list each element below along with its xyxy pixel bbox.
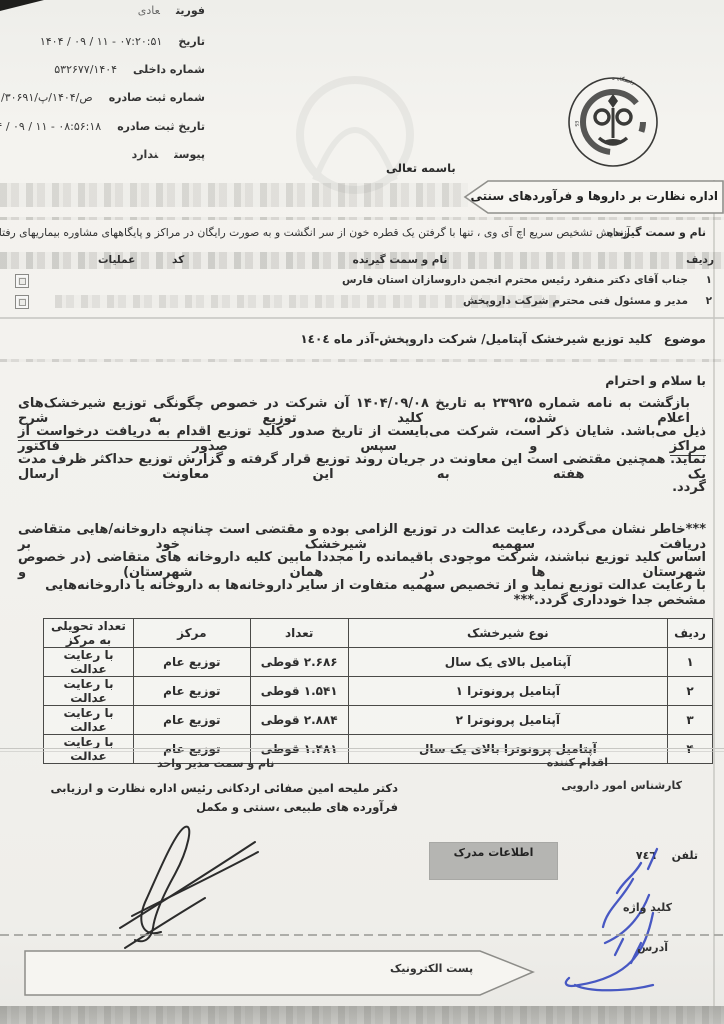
table-row: ۱ آپتامیل بالای یک سال ۲.۶۸۶ قوطی توزیع … xyxy=(44,648,713,677)
recipients-col-row: ردیف xyxy=(686,254,714,266)
subject-line: موضوع کلید توزیع شیرخشک آپتامیل/ شرکت دا… xyxy=(300,332,706,346)
meta-row-attachment: پیوستندارد xyxy=(132,148,205,161)
table-row: ۳ آپتامیل پرونوترا ۲ ۲.۸۸۴ قوطی توزیع عا… xyxy=(44,706,713,735)
address-label: آدرس xyxy=(637,941,668,954)
table-row: ۲ آپتامیل پرونوترا ۱ ۱.۵۴۱ قوطی توزیع عا… xyxy=(44,677,713,706)
meta-row-outgoing-date: تاریخ ثبت صادره۱۴۰۴ / ۰۹ / ۱۱ - ۰۸:۵۶:۱۸ xyxy=(0,120,205,133)
col-milk-type: نوع شیرخشک xyxy=(348,619,667,648)
scanned-letter-page: فوریتعادی تاریخ۱۴۰۴ / ۰۹ / ۱۱ - ۰۷:۲۰:۵۱… xyxy=(0,0,724,1024)
body-p1-line4: گردد. xyxy=(18,480,706,495)
department-banner-title: اداره نظارت بر داروها و فرآوردهای سنتی xyxy=(494,189,718,203)
document-icon xyxy=(15,295,29,309)
body-p2-line1: ***خاطر نشان می‌گردد، رعایت عدالت در توز… xyxy=(18,522,706,552)
subject-text: کلید توزیع شیرخشک آپتامیل/ شرکت داروپخش-… xyxy=(300,332,652,346)
recipient-row-name: مدیر و مسئول فنی محترم شرکت داروپخش xyxy=(463,295,688,307)
body-p2-line2: اساس کلید توزیع نباشند، شرکت موجودی باقی… xyxy=(18,550,706,580)
recipient-row-no: ۲ xyxy=(706,295,712,307)
meta-row-urgency: فوریتعادی xyxy=(138,4,205,17)
recipients-col-action: عملیات xyxy=(98,254,135,266)
keyword-label: کلید واژه xyxy=(623,901,672,914)
doc-info-button: اطلاعات مدرک xyxy=(430,843,557,879)
scan-band-bottom-noise xyxy=(0,1006,724,1024)
recipients-col-code: کد xyxy=(172,254,184,266)
col-delivered: تعداد تحویلی به مرکز xyxy=(44,619,134,648)
actor-label: اقدام کننده xyxy=(547,756,608,769)
distribution-table: ردیف نوع شیرخشک تعداد مرکز تعداد تحویلی … xyxy=(43,618,713,764)
scan-artifact-corner xyxy=(0,0,46,12)
body-p1-line2: ذیل می‌باشد. شایان ذکر است، شرکت می‌بایس… xyxy=(18,424,706,454)
divider-noise-2 xyxy=(0,359,724,362)
body-p1-line1: بازگشت به نامه شماره ۲۳۹۲۵ به تاریخ ۱۴۰۴… xyxy=(18,396,706,426)
handwritten-note-blue xyxy=(545,835,680,1000)
page-edge-line xyxy=(713,180,715,1008)
recipients-col-name: نام و سمت گیرنده xyxy=(310,254,490,266)
divider-noise-1 xyxy=(0,217,724,220)
email-label: پست الکترونیک xyxy=(390,962,473,975)
body-p2-line3: با رعایت عدالت توزیع نماید و از تخصیص سه… xyxy=(18,578,706,608)
meta-row-internal-no: شماره داخلی۵۳۲۶۷۷/۱۴۰۴ xyxy=(54,63,205,76)
bismillah-text: باسمه تعالی xyxy=(386,161,456,175)
recipient-row-name: جناب آقای دکتر منفرد رئیس محترم انجمن دا… xyxy=(342,274,688,286)
watermark xyxy=(255,60,455,200)
doc-info-label: اطلاعات مدرک xyxy=(430,843,557,859)
col-center: مرکز xyxy=(133,619,250,648)
recipient-row-no: ۱ xyxy=(706,274,712,286)
divider-thin-3 xyxy=(0,751,724,752)
meta-row-date: تاریخ۱۴۰۴ / ۰۹ / ۱۱ - ۰۷:۲۰:۵۱ xyxy=(40,35,205,48)
document-icon xyxy=(15,274,29,288)
divider-dotted xyxy=(0,934,724,936)
salutation-text: با سلام و احترام xyxy=(605,373,706,388)
body-p1-line3: نماید. همچنین مقتضی است این معاونت در جر… xyxy=(18,452,706,482)
unit-manager-label: نام و سمت مدیر واحد xyxy=(157,757,274,770)
table-header-row: ردیف نوع شیرخشک تعداد مرکز تعداد تحویلی … xyxy=(44,619,713,648)
university-seal-icon: دانشگاه علوم پزشکی و خدمات بهداشتی درمان… xyxy=(563,72,663,176)
scan-noise-band-top xyxy=(0,183,468,207)
recipient-line-text: آزمایش تشخیص سریع اچ آی وی ، تنها با گرف… xyxy=(0,226,630,239)
subject-label: موضوع xyxy=(664,332,706,346)
divider-thin-2 xyxy=(0,748,724,749)
col-qty: تعداد xyxy=(250,619,348,648)
col-row: ردیف xyxy=(668,619,713,648)
expert-title: کارشناس امور دارویی xyxy=(561,779,682,792)
divider-thin-1 xyxy=(0,317,724,319)
meta-row-outgoing-no: شماره ثبت صادرهص/۱۴۰۴/پ/۹/۳۱۱/۳۰۶۹۱ xyxy=(0,91,205,104)
